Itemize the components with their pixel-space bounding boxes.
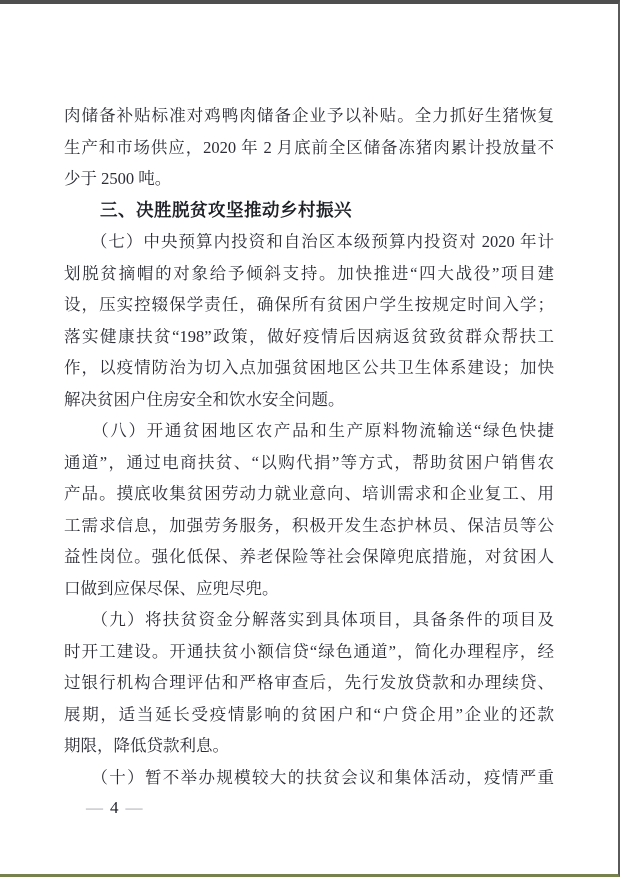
text-line: 过银行机构合理评估和严格审查后，先行发放贷款和办理续贷、 xyxy=(64,667,554,699)
footer-dash-right: — xyxy=(126,798,143,817)
text-line: 益性岗位。强化低保、养老保险等社会保障兜底措施，对贫困人 xyxy=(64,541,554,573)
text-line: 解决贫困户住房安全和饮水安全问题。 xyxy=(64,384,554,416)
text-line: （七）中央预算内投资和自治区本级预算内投资对 2020 年计 xyxy=(64,226,554,258)
text-line: 落实健康扶贫“198”政策，做好疫情后因病返贫致贫群众帮扶工 xyxy=(64,321,554,353)
page-footer: —4— xyxy=(0,796,618,820)
text-line: 少于 2500 吨。 xyxy=(64,163,554,195)
section-heading: 三、决胜脱贫攻坚推动乡村振兴 xyxy=(64,195,554,227)
text-line: 生产和市场供应，2020 年 2 月底前全区储备冻猪肉累计投放量不 xyxy=(64,132,554,164)
text-line: 通道”，通过电商扶贫、“以购代捐”等方式，帮助贫困户销售农 xyxy=(64,447,554,479)
text-line: （十）暂不举办规模较大的扶贫会议和集体活动，疫情严重 xyxy=(64,762,554,794)
text-line: 设，压实控辍保学责任，确保所有贫困户学生按规定时间入学； xyxy=(64,289,554,321)
text-line: （九）将扶贫资金分解落实到具体项目，具备条件的项目及 xyxy=(64,604,554,636)
text-line: （八）开通贫困地区农产品和生产原料物流输送“绿色快捷 xyxy=(64,415,554,447)
text-line: 划脱贫摘帽的对象给予倾斜支持。加快推进“四大战役”项目建 xyxy=(64,258,554,290)
text-line: 肉储备补贴标准对鸡鸭肉储备企业予以补贴。全力抓好生猪恢复 xyxy=(64,100,554,132)
document-page: 肉储备补贴标准对鸡鸭肉储备企业予以补贴。全力抓好生猪恢复生产和市场供应，2020… xyxy=(0,0,620,877)
text-line: 期限，降低贷款利息。 xyxy=(64,730,554,762)
footer-dash-left: — xyxy=(86,798,103,817)
text-line: 作，以疫情防治为切入点加强贫困地区公共卫生体系建设；加快 xyxy=(64,352,554,384)
text-line: 展期，适当延长受疫情影响的贫困户和“户贷企用”企业的还款 xyxy=(64,699,554,731)
document-body: 肉储备补贴标准对鸡鸭肉储备企业予以补贴。全力抓好生猪恢复生产和市场供应，2020… xyxy=(0,4,618,793)
text-line: 产品。摸底收集贫困劳动力就业意向、培训需求和企业复工、用 xyxy=(64,478,554,510)
text-line: 时开工建设。开通扶贫小额信贷“绿色通道”，简化办理程序，经 xyxy=(64,636,554,668)
text-line: 工需求信息，加强劳务服务，积极开发生态护林员、保洁员等公 xyxy=(64,510,554,542)
text-line: 口做到应保尽保、应兜尽兜。 xyxy=(64,573,554,605)
page-number: 4 xyxy=(103,798,126,817)
